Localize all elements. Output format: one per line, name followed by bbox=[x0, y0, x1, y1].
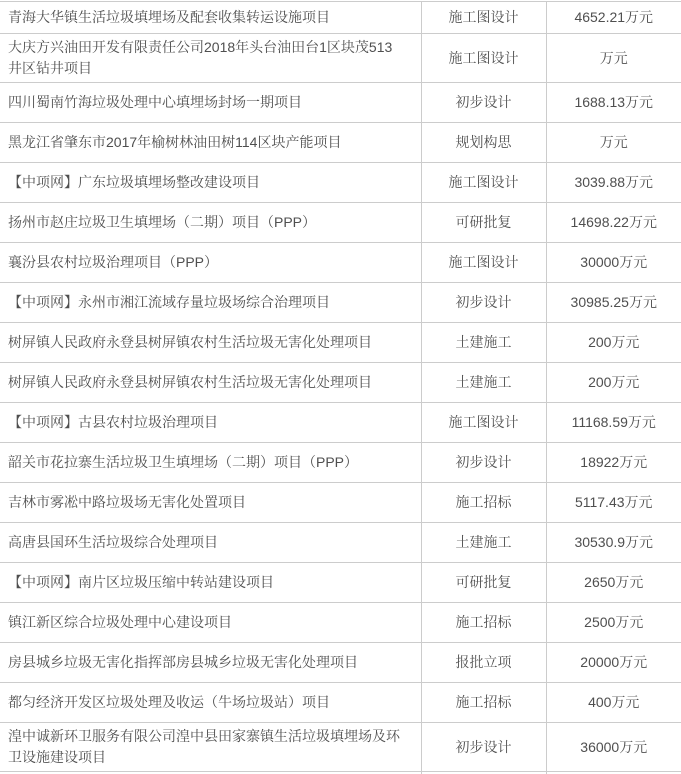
amount-cell: 200万元 bbox=[546, 323, 681, 363]
project-cell[interactable]: 【中项网】永州市湘江流域存量垃圾场综合治理项目 bbox=[0, 283, 421, 323]
project-cell[interactable]: 高唐县国环生活垃圾综合处理项目 bbox=[0, 523, 421, 563]
table-row[interactable]: 【中项网】广东垃圾填埋场整改建设项目施工图设计3039.88万元 bbox=[0, 163, 681, 203]
table-row[interactable]: 树屏镇人民政府永登县树屏镇农村生活垃圾无害化处理项目土建施工200万元 bbox=[0, 323, 681, 363]
table-row[interactable]: 吉林市雾凇中路垃圾场无害化处置项目施工招标5117.43万元 bbox=[0, 483, 681, 523]
amount-cell: 30985.25万元 bbox=[546, 283, 681, 323]
project-cell[interactable]: 青海大华镇生活垃圾填埋场及配套收集转运设施项目 bbox=[0, 2, 421, 34]
stage-cell: 土建施工 bbox=[421, 363, 546, 403]
table-row[interactable]: 【中项网】永州市湘江流域存量垃圾场综合治理项目初步设计30985.25万元 bbox=[0, 283, 681, 323]
project-list-page: 青海大华镇生活垃圾填埋场及配套收集转运设施项目施工图设计4652.21万元大庆方… bbox=[0, 0, 681, 774]
table-row[interactable]: 大庆方兴油田开发有限责任公司2018年头台油田台1区块茂513井区钻井项目施工图… bbox=[0, 34, 681, 83]
table-row[interactable]: 镇江新区综合垃圾处理中心建设项目施工招标2500万元 bbox=[0, 603, 681, 643]
stage-cell: 施工招标 bbox=[421, 483, 546, 523]
project-cell[interactable]: 树屏镇人民政府永登县树屏镇农村生活垃圾无害化处理项目 bbox=[0, 323, 421, 363]
amount-cell: 万元 bbox=[546, 34, 681, 83]
stage-cell: 施工图设计 bbox=[421, 403, 546, 443]
amount-cell: 14698.22万元 bbox=[546, 203, 681, 243]
stage-cell: 施工招标 bbox=[421, 683, 546, 723]
stage-cell: 初步设计 bbox=[421, 283, 546, 323]
stage-cell: 报批立项 bbox=[421, 643, 546, 683]
table-row[interactable]: 树屏镇人民政府永登县树屏镇农村生活垃圾无害化处理项目土建施工200万元 bbox=[0, 363, 681, 403]
table-row[interactable]: 房县城乡垃圾无害化指挥部房县城乡垃圾无害化处理项目报批立项20000万元 bbox=[0, 643, 681, 683]
amount-cell: 30000万元 bbox=[546, 243, 681, 283]
project-cell[interactable]: 【中项网】南片区垃圾压缩中转站建设项目 bbox=[0, 563, 421, 603]
amount-cell: 18922万元 bbox=[546, 443, 681, 483]
project-cell[interactable]: 房县城乡垃圾无害化指挥部房县城乡垃圾无害化处理项目 bbox=[0, 643, 421, 683]
table-row[interactable]: 扬州市赵庄垃圾卫生填埋场（二期）项目（PPP）可研批复14698.22万元 bbox=[0, 203, 681, 243]
amount-cell: 2500万元 bbox=[546, 603, 681, 643]
stage-cell: 初步设计 bbox=[421, 723, 546, 772]
amount-cell: 万元 bbox=[546, 123, 681, 163]
amount-cell: 2650万元 bbox=[546, 563, 681, 603]
amount-cell: 5117.43万元 bbox=[546, 483, 681, 523]
table-row[interactable]: 四川蜀南竹海垃圾处理中心填埋场封场一期项目初步设计1688.13万元 bbox=[0, 83, 681, 123]
project-cell[interactable]: 大庆方兴油田开发有限责任公司2018年头台油田台1区块茂513井区钻井项目 bbox=[0, 34, 421, 83]
project-cell[interactable]: 襄汾县农村垃圾治理项目（PPP） bbox=[0, 243, 421, 283]
stage-cell: 初步设计 bbox=[421, 443, 546, 483]
stage-cell: 土建施工 bbox=[421, 323, 546, 363]
project-cell[interactable]: 树屏镇人民政府永登县树屏镇农村生活垃圾无害化处理项目 bbox=[0, 363, 421, 403]
table-row[interactable]: 韶关市花拉寨生活垃圾卫生填埋场（二期）项目（PPP）初步设计18922万元 bbox=[0, 443, 681, 483]
project-cell[interactable]: 【中项网】古县农村垃圾治理项目 bbox=[0, 403, 421, 443]
amount-cell: 200万元 bbox=[546, 363, 681, 403]
project-cell[interactable]: 吉林市雾凇中路垃圾场无害化处置项目 bbox=[0, 483, 421, 523]
amount-cell: 1688.13万元 bbox=[546, 83, 681, 123]
project-cell[interactable]: 黑龙江省肇东市2017年榆树林油田树114区块产能项目 bbox=[0, 123, 421, 163]
stage-cell: 施工图设计 bbox=[421, 2, 546, 34]
project-cell[interactable]: 【中项网】广东垃圾填埋场整改建设项目 bbox=[0, 163, 421, 203]
stage-cell: 施工图设计 bbox=[421, 34, 546, 83]
stage-cell: 施工图设计 bbox=[421, 243, 546, 283]
projects-table-body: 青海大华镇生活垃圾填埋场及配套收集转运设施项目施工图设计4652.21万元大庆方… bbox=[0, 2, 681, 774]
stage-cell: 可研批复 bbox=[421, 203, 546, 243]
project-cell[interactable]: 四川蜀南竹海垃圾处理中心填埋场封场一期项目 bbox=[0, 83, 421, 123]
table-row[interactable]: 都匀经济开发区垃圾处理及收运（牛场垃圾站）项目施工招标400万元 bbox=[0, 683, 681, 723]
table-row[interactable]: 湟中诚新环卫服务有限公司湟中县田家寨镇生活垃圾填埋场及环卫设施建设项目初步设计3… bbox=[0, 723, 681, 772]
amount-cell: 36000万元 bbox=[546, 723, 681, 772]
stage-cell: 可研批复 bbox=[421, 563, 546, 603]
amount-cell: 30530.9万元 bbox=[546, 523, 681, 563]
table-row[interactable]: 【中项网】古县农村垃圾治理项目施工图设计11168.59万元 bbox=[0, 403, 681, 443]
stage-cell: 施工图设计 bbox=[421, 163, 546, 203]
amount-cell: 4652.21万元 bbox=[546, 2, 681, 34]
project-cell[interactable]: 都匀经济开发区垃圾处理及收运（牛场垃圾站）项目 bbox=[0, 683, 421, 723]
table-row[interactable]: 黑龙江省肇东市2017年榆树林油田树114区块产能项目规划构思万元 bbox=[0, 123, 681, 163]
amount-cell: 400万元 bbox=[546, 683, 681, 723]
project-cell[interactable]: 扬州市赵庄垃圾卫生填埋场（二期）项目（PPP） bbox=[0, 203, 421, 243]
amount-cell: 20000万元 bbox=[546, 643, 681, 683]
stage-cell: 初步设计 bbox=[421, 83, 546, 123]
amount-cell: 11168.59万元 bbox=[546, 403, 681, 443]
amount-cell: 3039.88万元 bbox=[546, 163, 681, 203]
table-row[interactable]: 襄汾县农村垃圾治理项目（PPP）施工图设计30000万元 bbox=[0, 243, 681, 283]
project-cell[interactable]: 韶关市花拉寨生活垃圾卫生填埋场（二期）项目（PPP） bbox=[0, 443, 421, 483]
table-row[interactable]: 【中项网】南片区垃圾压缩中转站建设项目可研批复2650万元 bbox=[0, 563, 681, 603]
stage-cell: 施工招标 bbox=[421, 603, 546, 643]
project-cell[interactable]: 湟中诚新环卫服务有限公司湟中县田家寨镇生活垃圾填埋场及环卫设施建设项目 bbox=[0, 723, 421, 772]
table-row[interactable]: 高唐县国环生活垃圾综合处理项目土建施工30530.9万元 bbox=[0, 523, 681, 563]
project-cell[interactable]: 镇江新区综合垃圾处理中心建设项目 bbox=[0, 603, 421, 643]
projects-table: 青海大华镇生活垃圾填埋场及配套收集转运设施项目施工图设计4652.21万元大庆方… bbox=[0, 1, 681, 774]
stage-cell: 规划构思 bbox=[421, 123, 546, 163]
stage-cell: 土建施工 bbox=[421, 523, 546, 563]
table-row[interactable]: 青海大华镇生活垃圾填埋场及配套收集转运设施项目施工图设计4652.21万元 bbox=[0, 2, 681, 34]
